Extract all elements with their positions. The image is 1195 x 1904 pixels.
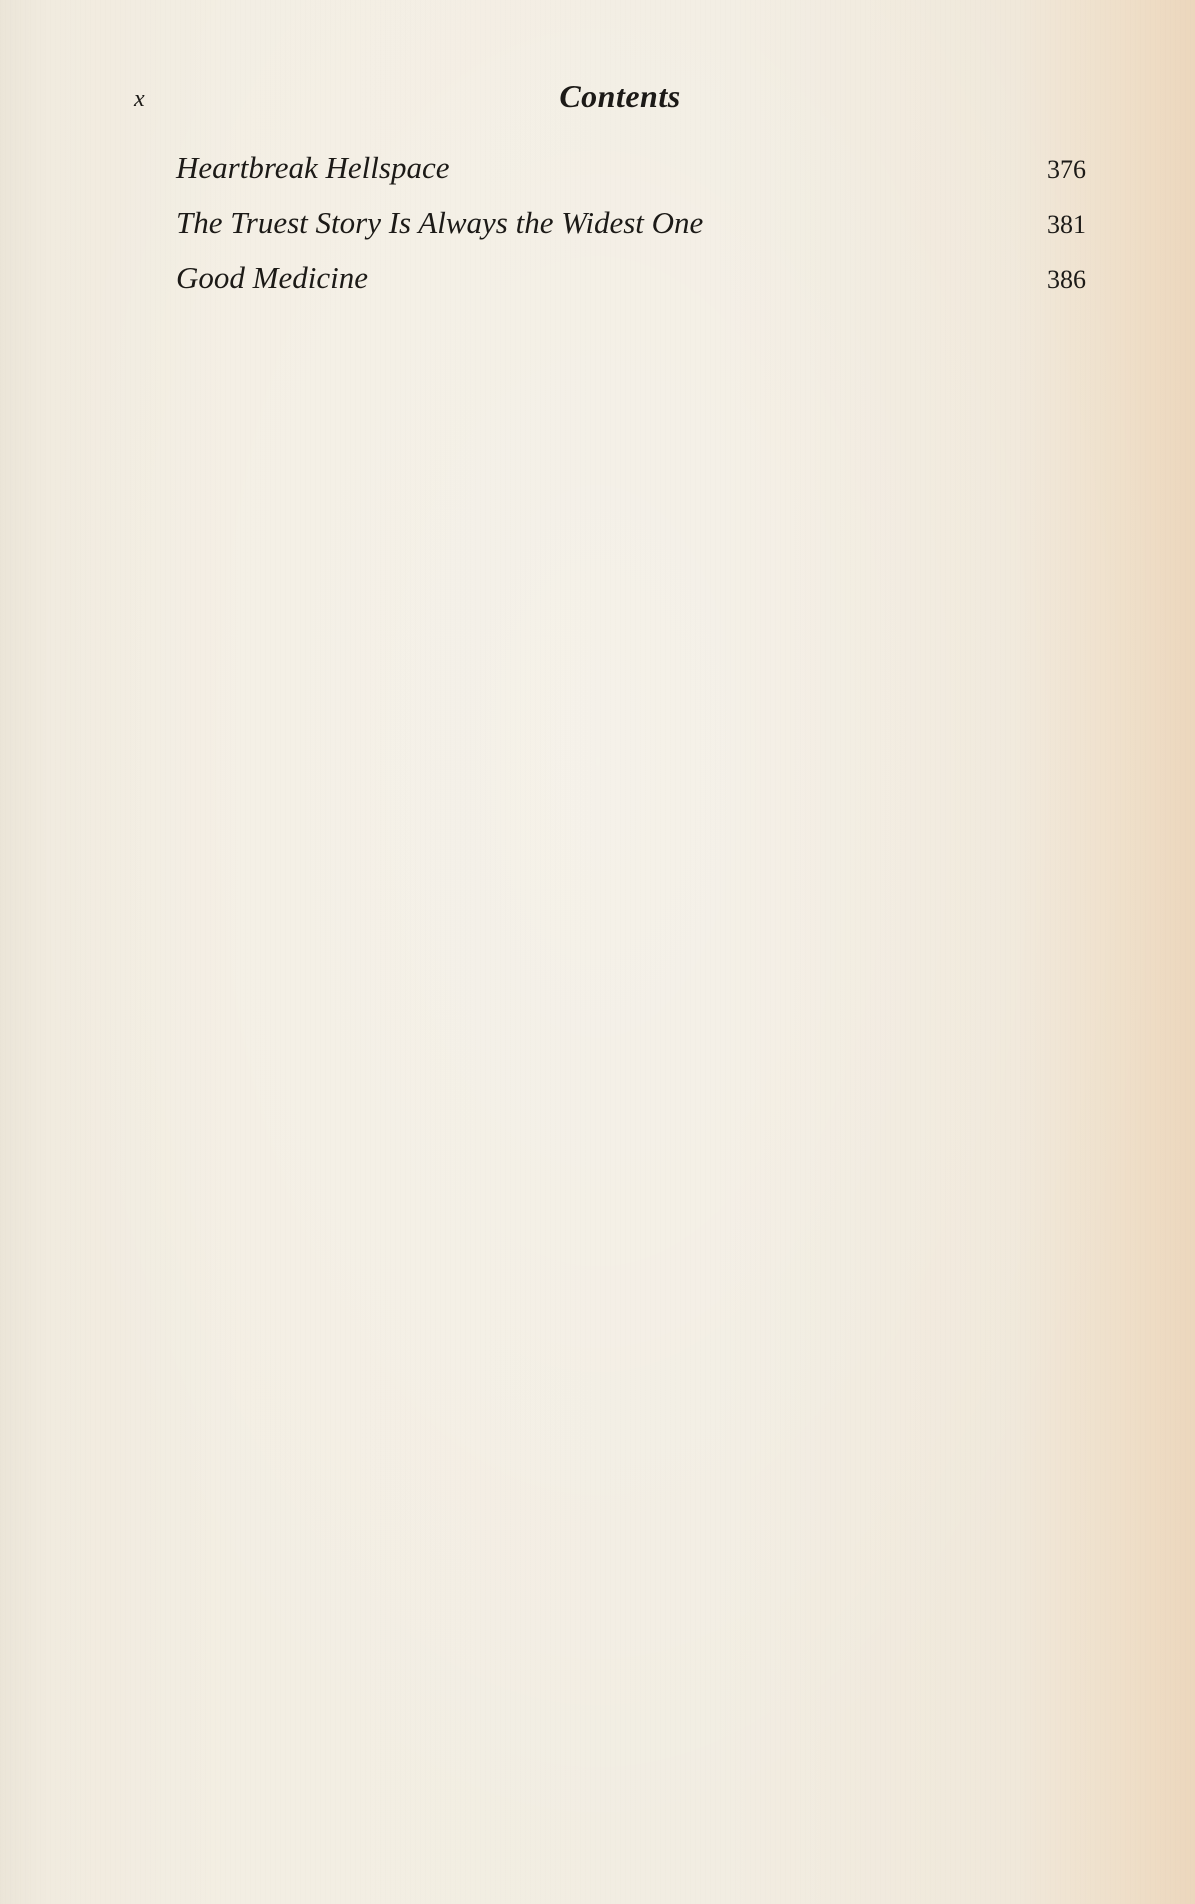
- toc-entry-title: Good Medicine: [176, 260, 368, 296]
- toc-entry-title: The Truest Story Is Always the Widest On…: [176, 205, 703, 241]
- toc-entry-page: 376: [1036, 155, 1086, 185]
- toc-entry: Heartbreak Hellspace 376: [176, 150, 1086, 205]
- toc-entry-page: 386: [1036, 265, 1086, 295]
- toc-entry-page: 381: [1036, 210, 1086, 240]
- toc-entry: The Truest Story Is Always the Widest On…: [176, 205, 1086, 260]
- page-title: Contents: [0, 78, 1195, 115]
- running-head: x Contents: [0, 78, 1195, 122]
- toc-entry-title: Heartbreak Hellspace: [176, 150, 449, 186]
- toc-entry: Good Medicine 386: [176, 260, 1086, 315]
- table-of-contents: Heartbreak Hellspace 376 The Truest Stor…: [176, 150, 1086, 315]
